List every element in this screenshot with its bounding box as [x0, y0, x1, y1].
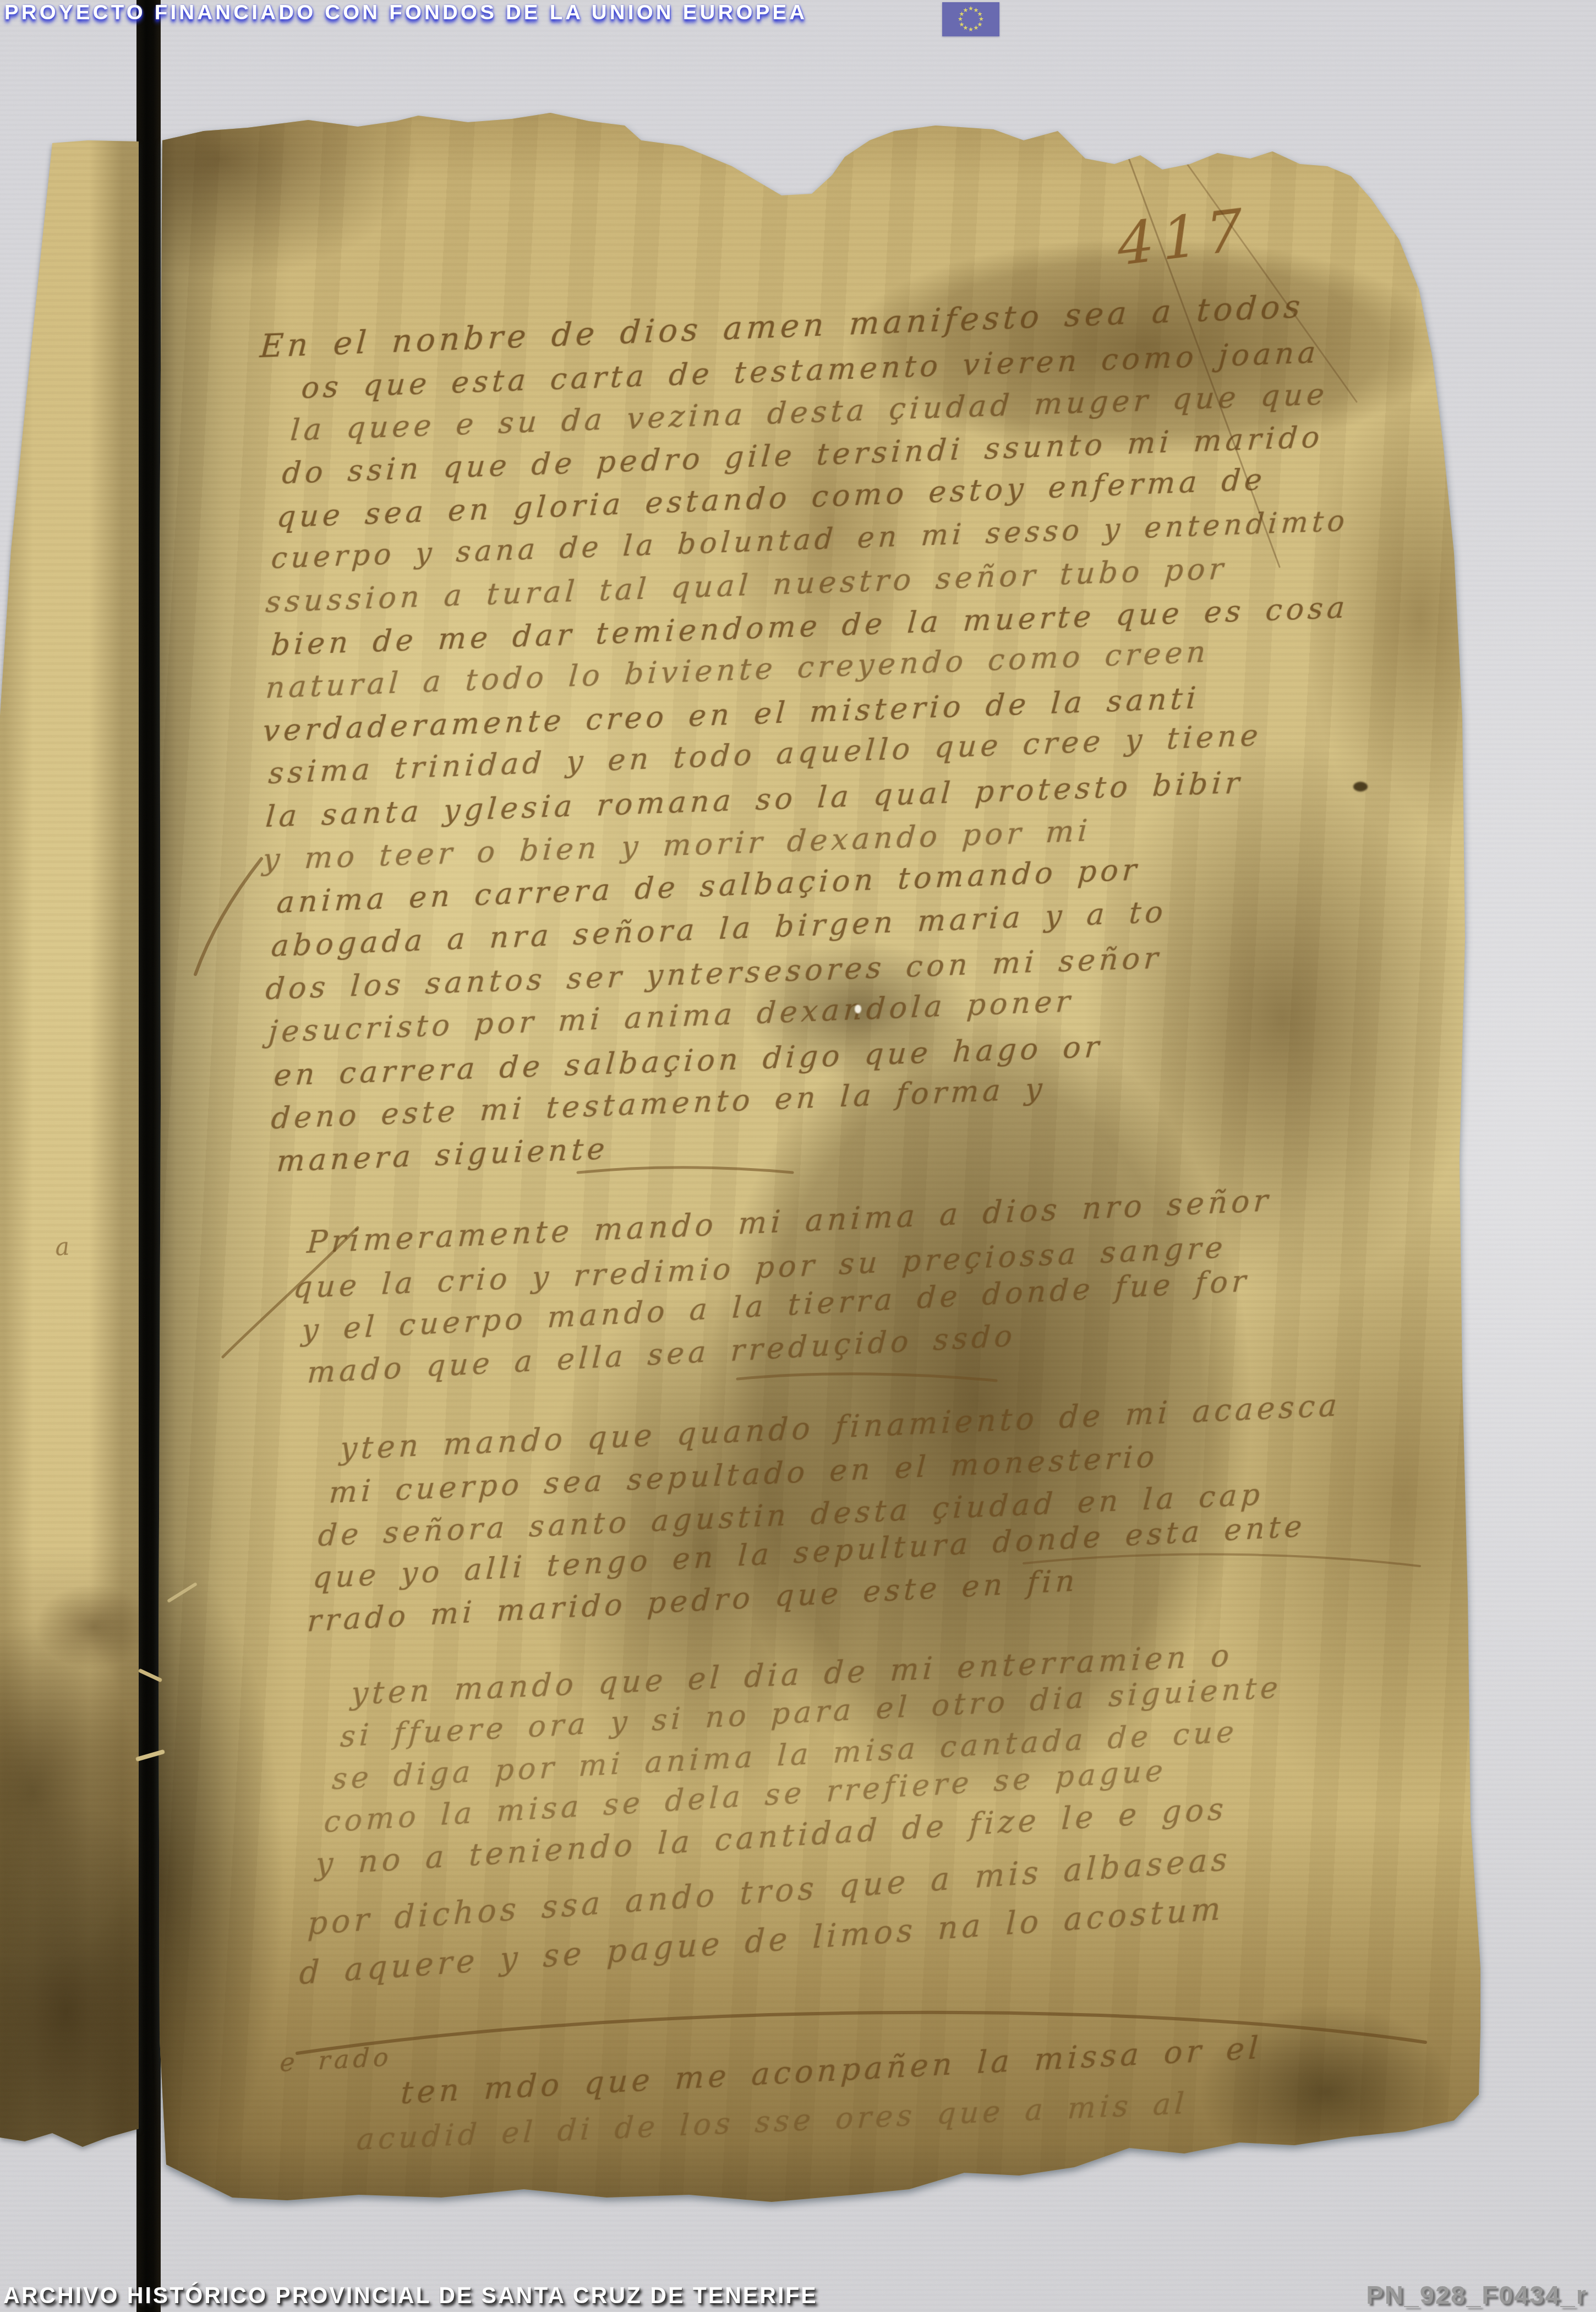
eu-flag-star-icon: ★ — [959, 21, 965, 28]
line-filler-dash — [737, 1374, 996, 1381]
eu-flag-star-icon: ★ — [974, 25, 979, 31]
margin-flourish — [195, 859, 261, 974]
line-filler-dash — [578, 1168, 792, 1173]
file-reference-label: PN_928_F0434_r — [1366, 2280, 1587, 2310]
eu-flag-icon: ★★★★★★★★★★★★ — [942, 2, 999, 36]
eu-flag-star-icon: ★ — [963, 7, 969, 13]
book-spine-gap — [136, 0, 161, 2312]
eu-funding-banner-text: PROYECTO FINANCIADO CON FONDOS DE LA UNI… — [4, 1, 807, 24]
eu-flag-star-icon: ★ — [968, 27, 974, 33]
eu-flag-star-icon: ★ — [968, 6, 974, 12]
manuscript-page: 417 En el nonbre de dios amen manifesto … — [138, 39, 1480, 2207]
manuscript-line: manera siguiente — [276, 1131, 610, 1179]
ink-blot — [1353, 782, 1368, 792]
pen-tail-flourish — [1024, 1555, 1420, 1566]
manuscript-line: e rado — [279, 2042, 393, 2077]
paper-hole-speck — [855, 1005, 861, 1013]
archive-name-label: ARCHIVO HISTÓRICO PROVINCIAL DE SANTA CR… — [3, 2282, 818, 2309]
previous-folio-edge: a — [0, 140, 139, 2147]
eu-flag-star-icon: ★ — [958, 17, 963, 23]
margin-note: a — [54, 1233, 70, 1262]
archive-scan-canvas: { "banner_top": { "text": "PROYECTO FINA… — [0, 0, 1596, 2312]
folio-number: 417 — [1116, 195, 1252, 279]
